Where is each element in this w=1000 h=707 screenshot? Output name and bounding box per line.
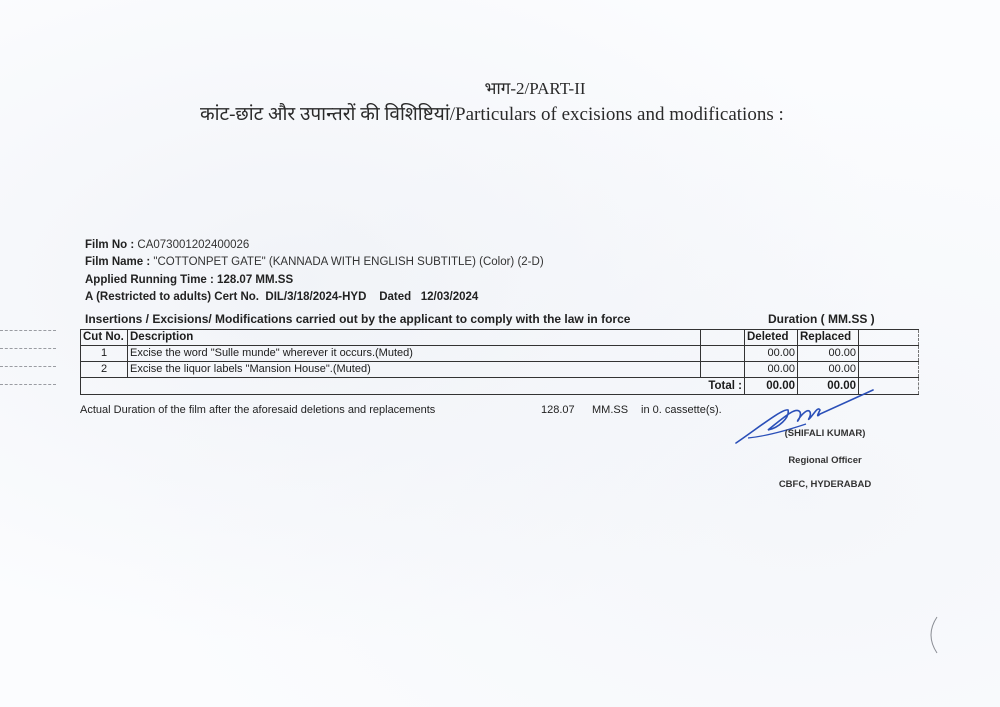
col-cut-no: Cut No. xyxy=(81,330,128,346)
signatory-name: (SHIFALI KUMAR) xyxy=(770,428,880,439)
table-row: 1 Excise the word "Sulle munde" wherever… xyxy=(81,346,919,362)
blank-cell xyxy=(859,362,919,378)
certificate-label: A (Restricted to adults) Cert No. xyxy=(85,291,259,303)
dated-label: Dated xyxy=(379,291,411,303)
film-no-line: Film No : CA073001202400026 xyxy=(85,239,249,251)
col-replaced: Replaced xyxy=(798,330,859,346)
film-no-label: Film No : xyxy=(85,239,134,251)
certificate-line: A (Restricted to adults) Cert No. DIL/3/… xyxy=(85,291,478,303)
running-time-value: 128.07 MM.SS xyxy=(217,274,293,286)
cert-no-value: DIL/3/18/2024-HYD xyxy=(265,291,366,303)
modifications-table: Cut No. Description Deleted Replaced 1 E… xyxy=(80,329,919,395)
blank-cell xyxy=(859,346,919,362)
signature-icon xyxy=(728,388,878,448)
col-blank-end xyxy=(859,330,919,346)
running-time-line: Applied Running Time : 128.07 MM.SS xyxy=(85,274,293,286)
total-spacer xyxy=(81,378,701,395)
actual-duration-value: 128.07 xyxy=(541,404,575,416)
col-blank xyxy=(701,330,745,346)
film-name-value: "COTTONPET GATE" (KANNADA WITH ENGLISH S… xyxy=(153,256,543,268)
deleted-cell: 00.00 xyxy=(745,362,798,378)
film-name-line: Film Name : "COTTONPET GATE" (KANNADA WI… xyxy=(85,256,544,268)
modifications-title: Insertions / Excisions/ Modifications ca… xyxy=(85,312,630,326)
replaced-cell: 00.00 xyxy=(798,346,859,362)
cut-no-cell: 1 xyxy=(81,346,128,362)
film-name-label: Film Name : xyxy=(85,256,150,268)
page-edge-mark xyxy=(925,615,945,655)
table-row: 2 Excise the liquor labels "Mansion Hous… xyxy=(81,362,919,378)
blank-cell xyxy=(701,346,745,362)
film-no-value: CA073001202400026 xyxy=(137,239,249,251)
description-cell: Excise the liquor labels "Mansion House"… xyxy=(128,362,701,378)
actual-duration-unit: MM.SS xyxy=(592,404,628,416)
actual-duration-cassettes: in 0. cassette(s). xyxy=(641,404,722,416)
blank-cell xyxy=(701,362,745,378)
duration-title: Duration ( MM.SS ) xyxy=(768,312,875,326)
document-page: भाग-2/PART-II कांट-छांट और उपान्तरों की … xyxy=(0,0,1000,707)
col-deleted: Deleted xyxy=(745,330,798,346)
part-title: भाग-2/PART-II xyxy=(0,76,1000,99)
deleted-cell: 00.00 xyxy=(745,346,798,362)
signatory-role: Regional Officer xyxy=(770,455,880,466)
replaced-cell: 00.00 xyxy=(798,362,859,378)
running-time-label: Applied Running Time : xyxy=(85,274,214,286)
margin-marks xyxy=(0,330,60,402)
description-cell: Excise the word "Sulle munde" wherever i… xyxy=(128,346,701,362)
table-header-row: Cut No. Description Deleted Replaced xyxy=(81,330,919,346)
cut-no-cell: 2 xyxy=(81,362,128,378)
actual-duration-label: Actual Duration of the film after the af… xyxy=(80,404,435,416)
col-description: Description xyxy=(128,330,701,346)
section-title: कांट-छांट और उपान्तरों की विशिष्टियां/Pa… xyxy=(200,100,900,126)
signatory-office: CBFC, HYDERABAD xyxy=(770,479,880,490)
dated-value: 12/03/2024 xyxy=(421,291,479,303)
